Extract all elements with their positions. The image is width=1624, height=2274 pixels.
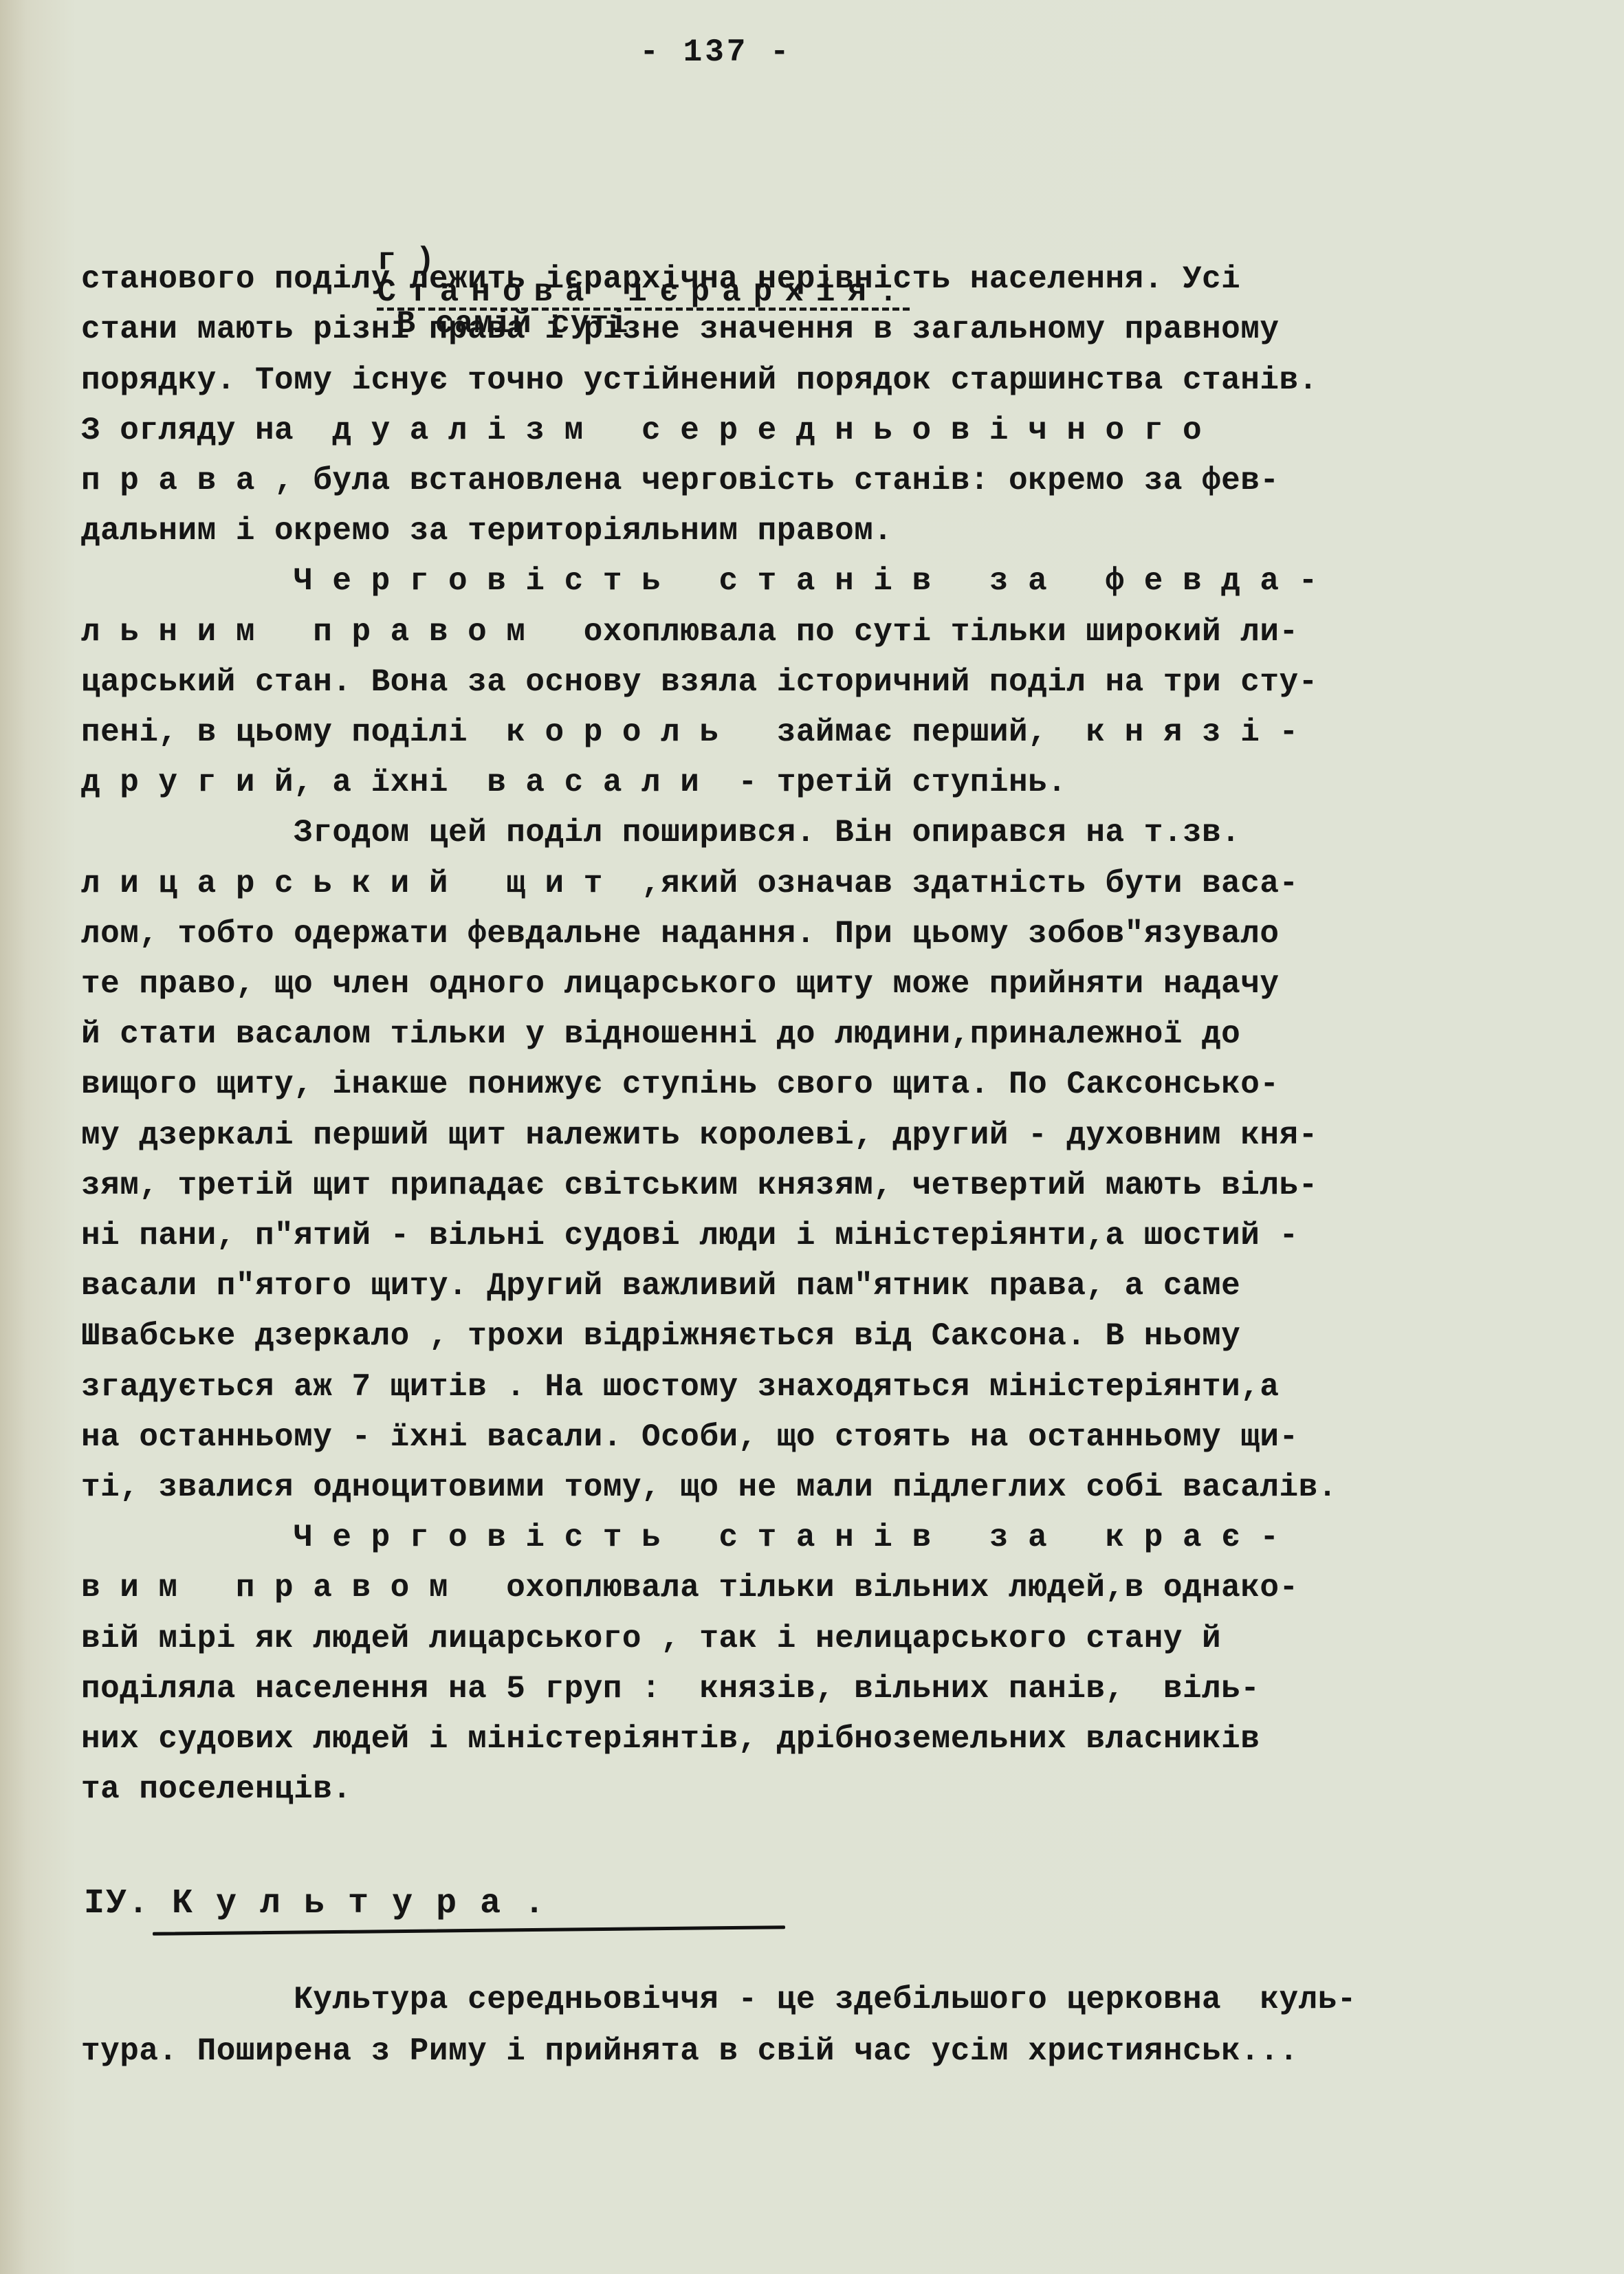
text-line: ні пани, п"ятий - вільні судові люди і м… bbox=[81, 1220, 1299, 1251]
text-line: Згодом цей поділ поширився. Він опирався… bbox=[81, 817, 1240, 849]
text-line: ті, звалися одноцитовими тому, що не мал… bbox=[81, 1472, 1337, 1503]
text-line: згадується аж 7 щитів . На шостому знахо… bbox=[81, 1371, 1279, 1403]
text-line: на останньому - їхні васали. Особи, що с… bbox=[81, 1421, 1299, 1453]
text-line: вищого щиту, інакше понижує ступінь свог… bbox=[81, 1069, 1279, 1100]
text-line: му дзеркалі перший щит належить королеві… bbox=[81, 1119, 1318, 1151]
text-line: З огляду на д у а л і з м с е р е д н ь … bbox=[81, 415, 1202, 446]
text-line: пені, в цьому поділі к о р о л ь займає … bbox=[81, 717, 1299, 748]
text-line: вій мірі як людей лицарського , так і не… bbox=[81, 1623, 1221, 1654]
text-line: царський стан. Вона за основу взяла істо… bbox=[81, 666, 1318, 698]
text-line: поділяла населення на 5 груп : князів, в… bbox=[81, 1673, 1260, 1705]
section-heading: ІУ. К у л ь т у р а . bbox=[84, 1884, 546, 1923]
text-line: тура. Поширена з Риму і прийнята в свій … bbox=[81, 2035, 1299, 2067]
text-line: Культура середньовіччя - це здебільшого … bbox=[81, 1984, 1357, 2015]
heading-underline bbox=[153, 1925, 785, 1936]
text-line: Швабське дзеркало , трохи відріжняється … bbox=[81, 1320, 1240, 1352]
text-line: стани мають різні права і різне значення… bbox=[81, 314, 1279, 345]
text-line: в и м п р а в о м охоплювала тільки віль… bbox=[81, 1572, 1299, 1604]
page-number: - 137 - bbox=[0, 34, 1528, 70]
text-line: Ч е р г о в і с т ь с т а н і в з а ф е … bbox=[81, 565, 1318, 597]
text-line: те право, що член одного лицарського щит… bbox=[81, 968, 1279, 1000]
text-line: л ь н и м п р а в о м охоплювала по суті… bbox=[81, 616, 1299, 648]
text-line: л и ц а р с ь к и й щ и т ,який означав … bbox=[81, 868, 1299, 899]
text-line: Ч е р г о в і с т ь с т а н і в з а к р … bbox=[81, 1522, 1279, 1553]
text-line: та поселенців. bbox=[81, 1773, 351, 1805]
text-line: них судових людей і міністеріянтів, дріб… bbox=[81, 1723, 1260, 1755]
text-line: зям, третій щит припадає світським князя… bbox=[81, 1170, 1318, 1201]
text-line: лом, тобто одержати февдальне надання. П… bbox=[81, 918, 1279, 950]
text-line: й стати васалом тільки у відношенні до л… bbox=[81, 1018, 1240, 1050]
text-line: дальним і окремо за територіяльним право… bbox=[81, 515, 892, 547]
text-line: станового поділу лежить ієрархічна нерів… bbox=[81, 263, 1240, 295]
text-line: п р а в а , була встановлена черговість … bbox=[81, 465, 1279, 496]
text-line: порядку. Тому існує точно устійнений пор… bbox=[81, 364, 1318, 396]
text-line: васали п"ятого щиту. Другий важливий пам… bbox=[81, 1270, 1240, 1302]
text-line: д р у г и й, а їхні в а с а л и - третій… bbox=[81, 767, 1066, 798]
document-page: - 137 - г ) Станова ієрархія. В самій су… bbox=[0, 0, 1624, 2274]
